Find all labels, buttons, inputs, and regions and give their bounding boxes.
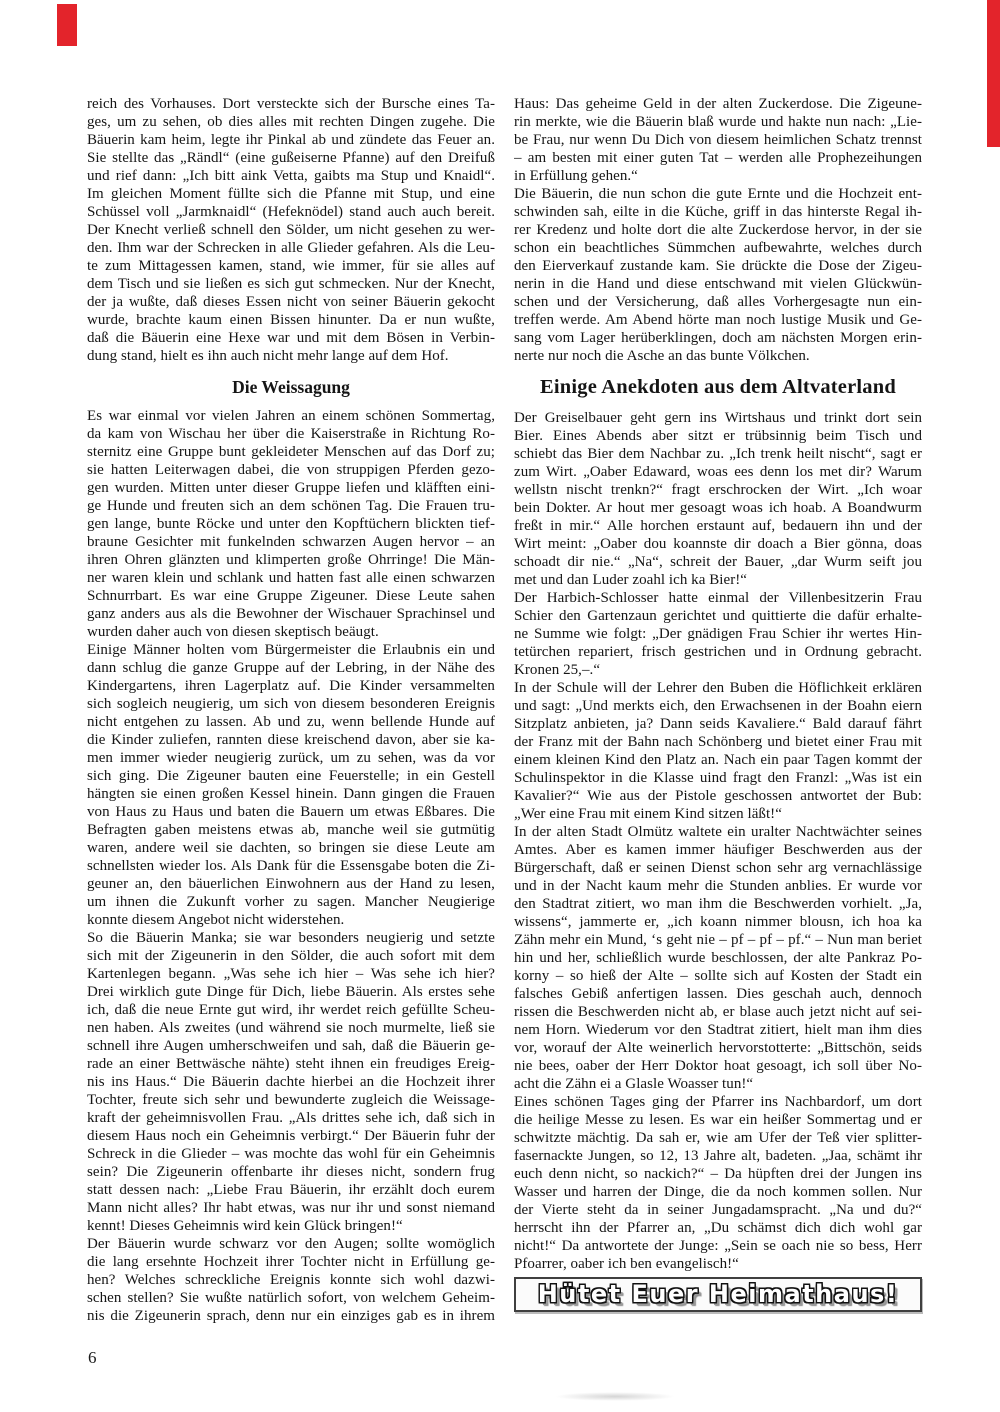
text-line: Sitzplatz anbieten, ja? Dann seids Kaval… <box>514 715 922 733</box>
text-line: wellstn nischt trenkn?“ fragt erschrocke… <box>514 481 922 499</box>
text-line: nerin in die Hand und diese entschwand m… <box>514 275 922 293</box>
text-line: treffen werde. Am Abend hörte man noch l… <box>514 311 922 329</box>
text-line: te zum Mittagessen kamen, stand, wie imm… <box>87 257 495 275</box>
text-line: Schreck in die Glieder – was mochte das … <box>87 1145 495 1163</box>
text-line: Haus: Das geheime Geld in der alten Zuck… <box>514 95 922 113</box>
text-line: ge Hunde und freuten sich an dem schönen… <box>87 497 495 515</box>
text-line: freßt in mir.“ Alle horchen erstaunt auf… <box>514 517 922 535</box>
text-line: Wasser und harren der Dinge, die da noch… <box>514 1183 922 1201</box>
text-line: Der Knecht verließ schnell den Sölder, u… <box>87 221 495 239</box>
text-line: konnte diesem Angebot nicht widerstehen. <box>87 911 495 929</box>
text-line: geuner an, den bäuerlichen Einwohnern au… <box>87 875 495 893</box>
text-line: nis die Zigeunerin sprach, denn nur ein … <box>87 1307 495 1325</box>
text-line: Schier den Gartenzaun gerichtet und quit… <box>514 607 922 625</box>
text-line: sich ging. Die Zigeuner bauten eine Feue… <box>87 767 495 785</box>
text-line: Amtes. Aber es kamen immer häufiger Besc… <box>514 841 922 859</box>
text-line: In der alten Stadt Olmütz waltete ein ur… <box>514 823 922 841</box>
text-line: und in der Nacht kaum mehr die Stunden a… <box>514 877 922 895</box>
text-line: daß die Bäuerin eine Hexe war und mit de… <box>87 329 495 347</box>
text-line: met und dan Luder zoahl ich ka Bier!“ <box>514 571 922 589</box>
banner-text: Hütet Euer Heimathaus! <box>538 1279 899 1309</box>
text-line: Zähn mehr ein Mund, ‘s geht nie – pf – p… <box>514 931 922 949</box>
text-line: Bürgerschaft, daß er seinen Dienst schon… <box>514 859 922 877</box>
document-page: reich des Vorhauses. Dort versteckte sic… <box>0 0 1000 1412</box>
text-line: den Eierverkauf zustande kam. Sie drückt… <box>514 257 922 275</box>
text-line: Mann nicht alles? Ihr habt etwas, was nu… <box>87 1199 495 1217</box>
text-line: einem kleinen Kind den Platz an. Nach ei… <box>514 751 922 769</box>
text-line: diesem Haus noch ein Geheimnis verbirgt.… <box>87 1127 495 1145</box>
text-line: dann schlug die ganze Gruppe auf der Leb… <box>87 659 495 677</box>
text-line: nis ins Haus.“ Die Bäuerin dachte hierbe… <box>87 1073 495 1091</box>
text-line: dem Tisch und sie ließen es sich gut sch… <box>87 275 495 293</box>
text-line: ganz anders aus als die Bewohner der Wis… <box>87 605 495 623</box>
text-line: gen lange, bunte Röcke und unter den Kop… <box>87 515 495 533</box>
text-line: die Kinder zuliefen, rannten diese kreis… <box>87 731 495 749</box>
text-line: Pfoarrer, oaber ich ben evangelisch!“ <box>514 1255 922 1273</box>
text-line: der Franz mit der Bahn nach Schönberg un… <box>514 733 922 751</box>
text-line: wurde, brachte kaum einen Bissen hinunte… <box>87 311 495 329</box>
text-line: In der Schule will der Lehrer den Buben … <box>514 679 922 697</box>
text-line: fasernackte Jungen, so 12, 13 Jahre alt,… <box>514 1147 922 1165</box>
text-line: statt dessen nach: „Liebe Frau Bäuerin, … <box>87 1181 495 1199</box>
text-line: schiebt das Bier dem Nachbar zu. „Ich tr… <box>514 445 922 463</box>
text-line: vor, worauf der Alte weinerlich hervorst… <box>514 1039 922 1057</box>
text-line: und rief dann: „Ich bitt aink Vetta, gai… <box>87 167 495 185</box>
text-line: be Frau, nur wenn Du Dich von diesem hei… <box>514 131 922 149</box>
text-line: Kindergartens, ihren Lagerplatz auf. Die… <box>87 677 495 695</box>
text-line: schwinden sah, eilte in die Küche, griff… <box>514 203 922 221</box>
text-line: sang vom Lager herüberklingen, doch am n… <box>514 329 922 347</box>
text-line: den. Ihm war der Schrecken in alle Glied… <box>87 239 495 257</box>
text-line: sich sogleich neugierig, um sich von die… <box>87 695 495 713</box>
text-line: von Haus zu Haus und baten die Bauern um… <box>87 803 495 821</box>
text-line: rer Kredenz und holte dort die alte Zuck… <box>514 221 922 239</box>
text-line: schen stellen? Sie wußte natürlich sofor… <box>87 1289 495 1307</box>
text-line: men immer wieder neugierig zurück, um zu… <box>87 749 495 767</box>
text-line: Der Bäuerin wurde schwarz vor den Augen;… <box>87 1235 495 1253</box>
text-line: nen haben. Als zweites (und während sie … <box>87 1019 495 1037</box>
text-line: Schulinspektor in die Klasse uind fragt … <box>514 769 922 787</box>
text-line: hin und her, schließlich wurde beschloss… <box>514 949 922 967</box>
text-line: Der Harbich-Schlosser hatte einmal der V… <box>514 589 922 607</box>
red-scan-mark-top-right <box>987 0 1000 147</box>
text-line: hängten sie einen großen Kessel hinein. … <box>87 785 495 803</box>
text-line: nem Horn. Wiederum vor den Stadtrat ziti… <box>514 1021 922 1039</box>
text-line: sich mit der Zigeunerin in den Sölder, d… <box>87 947 495 965</box>
text-line: korny – so hieß der Alte – sollte sich a… <box>514 967 922 985</box>
text-line: acht die Zähn ei a Glasle Woasser tun!“ <box>514 1075 922 1093</box>
text-line: falsches Gebiß anfertigen lassen. Dies g… <box>514 985 922 1003</box>
text-line: braune Gesichter mit funkelnden schwarze… <box>87 533 495 551</box>
text-line: den Stadtrat zitiert, wo man ihm die Bes… <box>514 895 922 913</box>
text-line: bein Dokter. Ar hout mer gesoagt woas ic… <box>514 499 922 517</box>
text-line: tetürchen repariert, frisch gestrichen u… <box>514 643 922 661</box>
text-line: ges, um zu sehen, ob dies alles mit rech… <box>87 113 495 131</box>
text-line: „Wer eine Frau mit einem Kind sitzen läß… <box>514 805 922 823</box>
text-line: sie hatten Leiterwagen dabei, die von st… <box>87 461 495 479</box>
text-line: Schüssel voll „Jarmknaidl“ (Hefeknödel) … <box>87 203 495 221</box>
text-line: schon ein beachtliches Sümmchen aufbewah… <box>514 239 922 257</box>
text-line: sternitz eine Gruppe bunt gekleideter Me… <box>87 443 495 461</box>
text-line: wurden daher auch von diesen skeptisch b… <box>87 623 495 641</box>
text-line: Kronen 25,–.“ <box>514 661 922 679</box>
text-line: rissen die Beschwerden nicht ab, er blas… <box>514 1003 922 1021</box>
text-line: ne Summe wie folgt: „Der gnädigen Frau S… <box>514 625 922 643</box>
text-line: herrscht ihn der Pfarrer an, „Du schämst… <box>514 1219 922 1237</box>
text-line: nie bees, oaber der Herr Doktor hoat ges… <box>514 1057 922 1075</box>
text-line: Es war einmal vor vielen Jahren an einem… <box>87 407 495 425</box>
text-line: Schnurrbart. Es war eine Gruppe Zigeuner… <box>87 587 495 605</box>
text-line: schnell ihre Augen umherschweifen und sa… <box>87 1037 495 1055</box>
red-scan-mark-top-left <box>57 4 77 46</box>
text-line: Einige Männer holten vom Bürgermeister d… <box>87 641 495 659</box>
scan-smudge <box>555 1392 675 1401</box>
text-line: ner waren klein und schlank und hatten f… <box>87 569 495 587</box>
text-line: Bier. Eines Abends aber sitzt er trübsin… <box>514 427 922 445</box>
text-line: die heilige Messe zu lesen. Es war ein h… <box>514 1111 922 1129</box>
text-line: Bäuerin kam heim, legte ihr Pinkal ab un… <box>87 131 495 149</box>
text-line: ihren Ohren glänzten und klimperten groß… <box>87 551 495 569</box>
text-line: sein? Die Zigeunerin offenbarte ihr dies… <box>87 1163 495 1181</box>
text-line: der ja wußte, daß dieses Essen nicht von… <box>87 293 495 311</box>
text-line: rade an einer Bettwäsche nähte) steht ih… <box>87 1055 495 1073</box>
text-line: nicht!“ Da antwortete der Junge: „Sein s… <box>514 1237 922 1255</box>
text-line: der Vierte steht da in seiner Jungadamsp… <box>514 1201 922 1219</box>
text-line: schen und der Versicherung, daß alles Vo… <box>514 293 922 311</box>
text-line: Der Greiselbauer geht gern ins Wirtshaus… <box>514 409 922 427</box>
text-line: waren, andere weil sie dachten, so bring… <box>87 839 495 857</box>
text-line: Kartenlegen begann. „Was sehe ich hier –… <box>87 965 495 983</box>
text-line: kennt! Dieses Geheimnis wird kein Glück … <box>87 1217 495 1235</box>
text-line: da kam von Wischau her über die Kaiserst… <box>87 425 495 443</box>
text-line: Befragten gaben meistens etwas ab, manch… <box>87 821 495 839</box>
text-line: schoadt dir nie.“ „Na“, schreit der Baue… <box>514 553 922 571</box>
text-line: kraft der geheimnisvollen Frau. „Als dri… <box>87 1109 495 1127</box>
text-line: wissens“, jammerte er, „ich koann nimmer… <box>514 913 922 931</box>
text-line: ich, daß die neue Ernte gut wird, ihr we… <box>87 1001 495 1019</box>
text-line: Drei wirklich gute Dinge für Dich, liebe… <box>87 983 495 1001</box>
text-line: hen? Welches schreckliche Ereignis konnt… <box>87 1271 495 1289</box>
text-line: und sagt: „Und merkts eich, den Erwachse… <box>514 697 922 715</box>
text-line: schwitzte mächtig. Da sah er, wie am Ufe… <box>514 1129 922 1147</box>
text-line: gen wurden. Mitten unter dieser Gruppe l… <box>87 479 495 497</box>
section-heading: Die Weissagung <box>87 377 495 397</box>
text-line: Sie stellte das „Rändl“ (eine gußeiserne… <box>87 149 495 167</box>
left-text-column: reich des Vorhauses. Dort versteckte sic… <box>87 95 495 1325</box>
text-line: nicht entgehen zu lassen. Ab und zu, wen… <box>87 713 495 731</box>
text-line: rin merkte, wie die Bäuerin blaß wurde u… <box>514 113 922 131</box>
text-line: Eines schönen Tages ging der Pfarrer ins… <box>514 1093 922 1111</box>
right-text-column: Haus: Das geheime Geld in der alten Zuck… <box>514 95 922 1273</box>
text-line: So die Bäuerin Manka; sie war besonders … <box>87 929 495 947</box>
banner-box: Hütet Euer Heimathaus! <box>514 1277 922 1312</box>
text-line: die lang ersehnte Hochzeit ihrer Tochter… <box>87 1253 495 1271</box>
text-line: um ihnen die Zukunft vorher zu sagen. Ma… <box>87 893 495 911</box>
text-line: in Erfüllung gehen.“ <box>514 167 922 185</box>
section-heading: Einige Anekdoten aus dem Altvaterland <box>514 375 922 399</box>
text-line: Im gleichen Moment füllte sich die Pfann… <box>87 185 495 203</box>
text-line: Die Bäuerin, die nun schon die gute Ernt… <box>514 185 922 203</box>
text-line: zum Wirt. „Oaber Edaward, woas ees denn … <box>514 463 922 481</box>
text-line: Wirt meint: „Oaber dou koannste dir doac… <box>514 535 922 553</box>
text-line: nerte nur noch die Asche an das bunte Vö… <box>514 347 922 365</box>
page-number: 6 <box>88 1348 97 1368</box>
text-line: Kavalier?“ Wie aus der Pistole geschosse… <box>514 787 922 805</box>
text-line: – am besten mit einer guten Tat – werden… <box>514 149 922 167</box>
text-line: reich des Vorhauses. Dort versteckte sic… <box>87 95 495 113</box>
text-line: schnellsten wieder los. Als Dank für die… <box>87 857 495 875</box>
text-line: Tochter, freute sich sehr und bewunderte… <box>87 1091 495 1109</box>
text-line: euch denn nicht, so nackich?“ – Da hüpft… <box>514 1165 922 1183</box>
text-line: dung stand, hielt es ihn auch nicht mehr… <box>87 347 495 365</box>
